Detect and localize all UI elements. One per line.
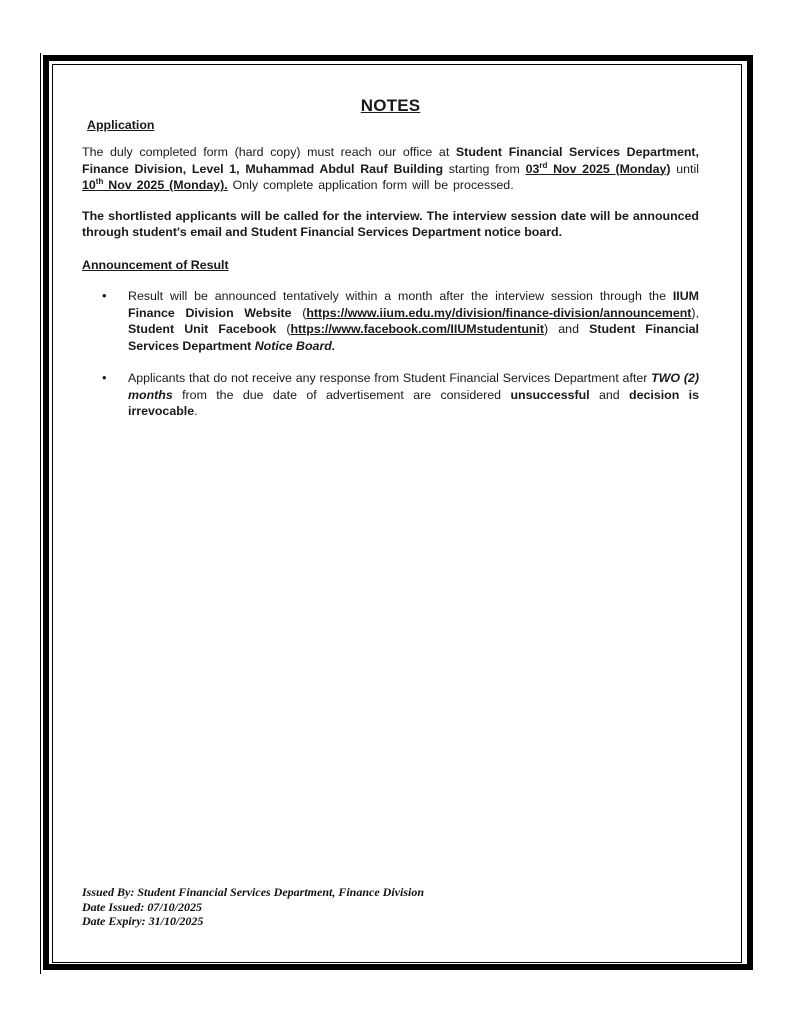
page-title: NOTES (82, 98, 699, 115)
list-item: • Applicants that do not receive any res… (128, 370, 699, 420)
closing-text: Only complete application form will be p… (228, 178, 514, 192)
and-text: and (590, 388, 629, 402)
period: . (194, 404, 197, 418)
until-text: until (671, 162, 699, 176)
end-date-rest: Nov 2025 (Monday). (103, 178, 227, 192)
facebook-label: Student Unit Facebook (128, 322, 276, 336)
bullet-icon: • (102, 370, 107, 387)
date-issued: Date Issued: 07/10/2025 (82, 900, 424, 915)
paren-open: ( (292, 306, 307, 320)
interview-paragraph: The shortlisted applicants will be calle… (82, 208, 699, 241)
end-day: 10 (82, 178, 96, 192)
start-date: 03rd Nov 2025 (Monday) (526, 162, 671, 176)
issuance-footer: Issued By: Student Financial Services De… (82, 885, 424, 929)
result-intro: Result will be announced tentatively wit… (128, 289, 673, 303)
announcement-list: • Result will be announced tentatively w… (82, 288, 699, 420)
application-paragraph: The duly completed form (hard copy) must… (82, 144, 699, 194)
starting-from-text: starting from (443, 162, 526, 176)
list-item: • Result will be announced tentatively w… (128, 288, 699, 354)
no-response-intro: Applicants that do not receive any respo… (128, 371, 651, 385)
end-date: 10th Nov 2025 (Monday). (82, 178, 228, 192)
paren-close: ), (691, 306, 699, 320)
announcement-heading: Announcement of Result (82, 257, 699, 274)
notes-content: NOTES Application The duly completed for… (82, 98, 699, 436)
frame-left-rule (40, 53, 41, 974)
facebook-link[interactable]: https://www.facebook.com/IIUMstudentunit (290, 322, 544, 336)
application-heading: Application (87, 117, 699, 134)
notice-board-label: Notice Board. (255, 339, 336, 353)
paren-open: ( (276, 322, 290, 336)
date-expiry: Date Expiry: 31/10/2025 (82, 914, 424, 929)
and-text: and (548, 322, 589, 336)
issued-by: Issued By: Student Financial Services De… (82, 885, 424, 900)
status-text: unsuccessful (510, 388, 589, 402)
bullet-icon: • (102, 288, 107, 305)
middle-text: from the due date of advertisement are c… (173, 388, 511, 402)
intro-text: The duly completed form (hard copy) must… (82, 145, 456, 159)
start-date-rest: Nov 2025 (Monday) (547, 162, 670, 176)
finance-website-link[interactable]: https://www.iium.edu.my/division/finance… (306, 306, 691, 320)
start-day: 03 (526, 162, 540, 176)
